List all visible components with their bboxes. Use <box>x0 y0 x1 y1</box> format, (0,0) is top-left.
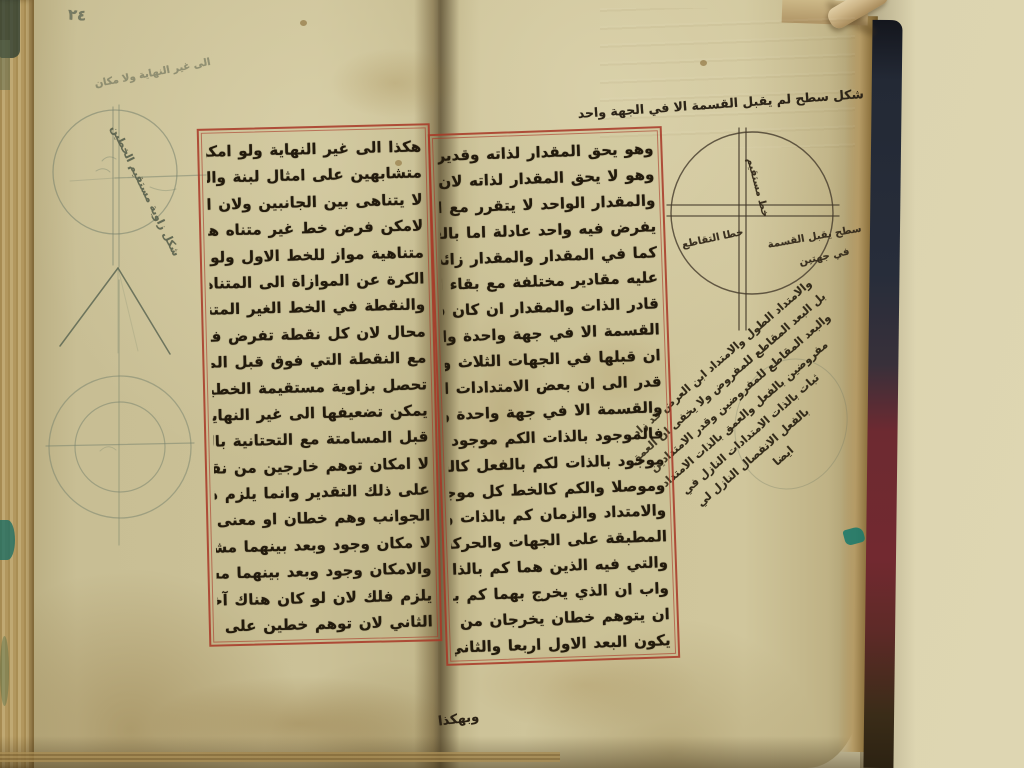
left-text-frame: هكذا الى غير النهاية ولو امكن ذلك لامكن … <box>197 123 443 647</box>
right-text-lines: وهو يحق المقدار لذاته وقديرا وبالانفكاك … <box>437 136 671 657</box>
right-text-frame: وهو يحق المقدار لذاته وقديرا وبالانفكاك … <box>428 126 680 666</box>
manuscript-photo: ٢٤ الى غير النهاية ولا مكان شكل زاوية مس… <box>0 0 1024 768</box>
teal-mark-left-edge <box>0 520 15 560</box>
foxing-dot <box>700 60 707 66</box>
green-smudge <box>0 636 9 706</box>
top-left-edge-shade <box>0 40 10 90</box>
bottom-page-edges <box>0 752 560 762</box>
folio-number: ٢٤ <box>67 5 87 24</box>
manuscript-text-line: الثاني لان توهم خطين على الصفة المذكورة … <box>218 608 434 640</box>
foxing-dot <box>300 20 307 26</box>
left-text-lines: هكذا الى غير النهاية ولو امكن ذلك لامكن … <box>206 133 433 638</box>
